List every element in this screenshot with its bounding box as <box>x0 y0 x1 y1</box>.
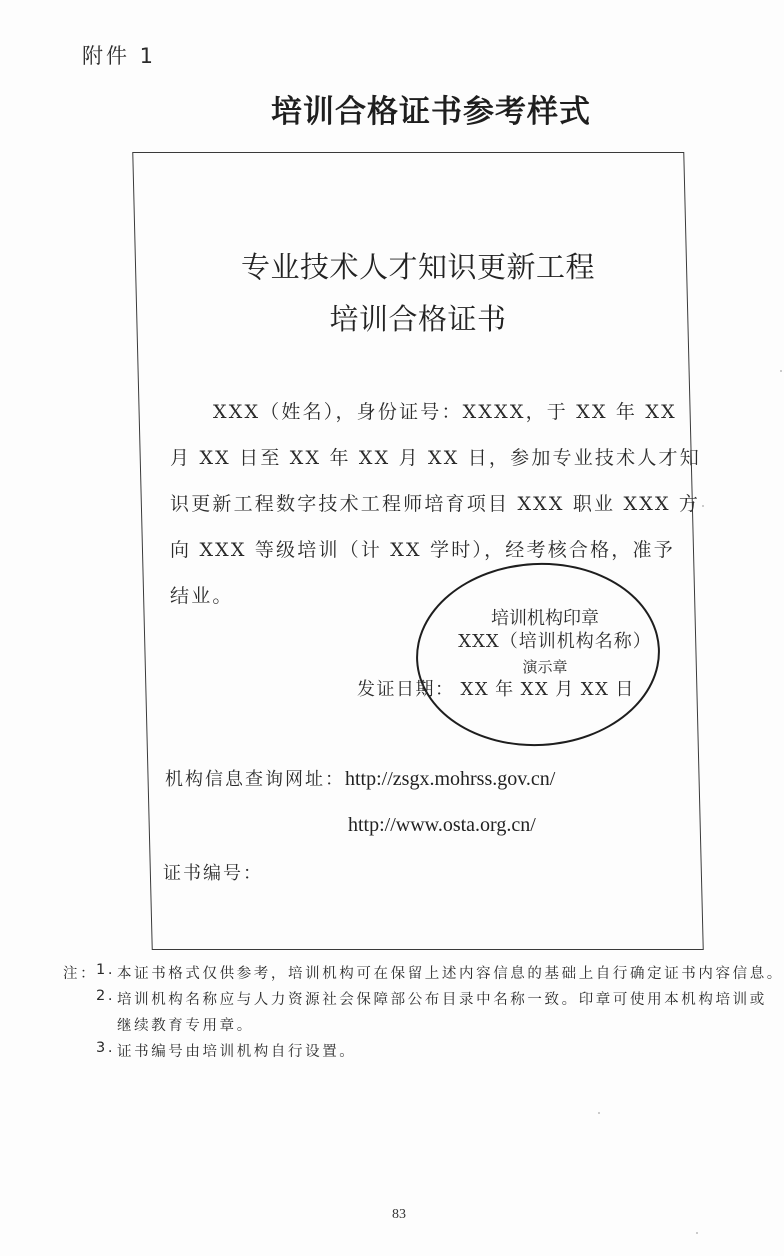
certificate-heading-title: 培训合格证书 <box>142 297 694 338</box>
certificate-body-line: 月 XX 日至 XX 年 XX 月 XX 日，参加专业技术人才知 <box>170 443 701 470</box>
note-text-continued: 继续教育专用章。 <box>117 1014 254 1035</box>
seal-stamp-ellipse <box>411 557 664 753</box>
note-text: 培训机构名称应与人力资源社会保障部公布目录中名称一致。印章可使用本机构培训或 <box>117 988 767 1009</box>
scan-speck <box>696 1232 698 1234</box>
certificate-body-line: 识更新工程数字技术工程师培育项目 XXX 职业 XXX 方 <box>170 489 700 516</box>
lookup-row: 机构信息查询网址：http://zsgx.mohrss.gov.cn/ <box>165 765 555 791</box>
issue-date-label: 发证日期： <box>357 679 455 700</box>
issue-date-month-unit: 月 <box>555 679 575 700</box>
certificate-body-line: XXX（姓名），身份证号：XXXX，于 XX 年 XX <box>213 397 677 424</box>
scan-speck <box>780 370 782 372</box>
certificate-body-line: 向 XXX 等级培训（计 XX 学时），经考核合格，准予 <box>170 535 675 562</box>
lookup-url-osta[interactable]: http://www.osta.org.cn/ <box>348 814 536 836</box>
lookup-label: 机构信息查询网址： <box>165 769 345 790</box>
issue-date-day: XX <box>581 679 610 700</box>
scan-speck <box>598 1112 600 1114</box>
certificate-body-line: 结业。 <box>170 581 234 608</box>
issue-date-year: XX <box>461 679 490 700</box>
certificate-content: 专业技术人才知识更新工程 培训合格证书 XXX（姓名），身份证号：XXXX，于 … <box>0 0 784 1256</box>
scan-speck <box>702 505 704 507</box>
seal-demo-mark: 演示章 <box>430 656 660 677</box>
cert-number-label: 证书编号： <box>163 863 263 884</box>
certificate-heading-program: 专业技术人才知识更新工程 <box>142 245 694 286</box>
cert-number-row: 证书编号： <box>163 859 263 885</box>
issue-date: 发证日期：XX年XX月XX日 <box>357 675 635 701</box>
issue-date-day-unit: 日 <box>615 679 635 700</box>
document-page: 附件 1 培训合格证书参考样式 专业技术人才知识更新工程 培训合格证书 XXX（… <box>0 0 784 1256</box>
notes-prefix: 注： <box>63 962 97 983</box>
lookup-url-mohrss[interactable]: http://zsgx.mohrss.gov.cn/ <box>345 768 555 790</box>
note-text: 证书编号由培训机构自行设置。 <box>117 1040 356 1061</box>
issue-date-year-unit: 年 <box>495 679 515 700</box>
note-text: 本证书格式仅供参考，培训机构可在保留上述内容信息的基础上自行确定证书内容信息。 <box>117 962 784 983</box>
issue-date-month: XX <box>521 679 550 700</box>
page-number: 83 <box>384 1207 414 1223</box>
note-number: 3. <box>96 1040 115 1056</box>
note-number: 1. <box>96 962 115 978</box>
note-number: 2. <box>96 988 115 1004</box>
lookup-row-2: http://www.osta.org.cn/ <box>348 814 536 837</box>
seal-org-name: XXX（培训机构名称） <box>440 627 670 653</box>
